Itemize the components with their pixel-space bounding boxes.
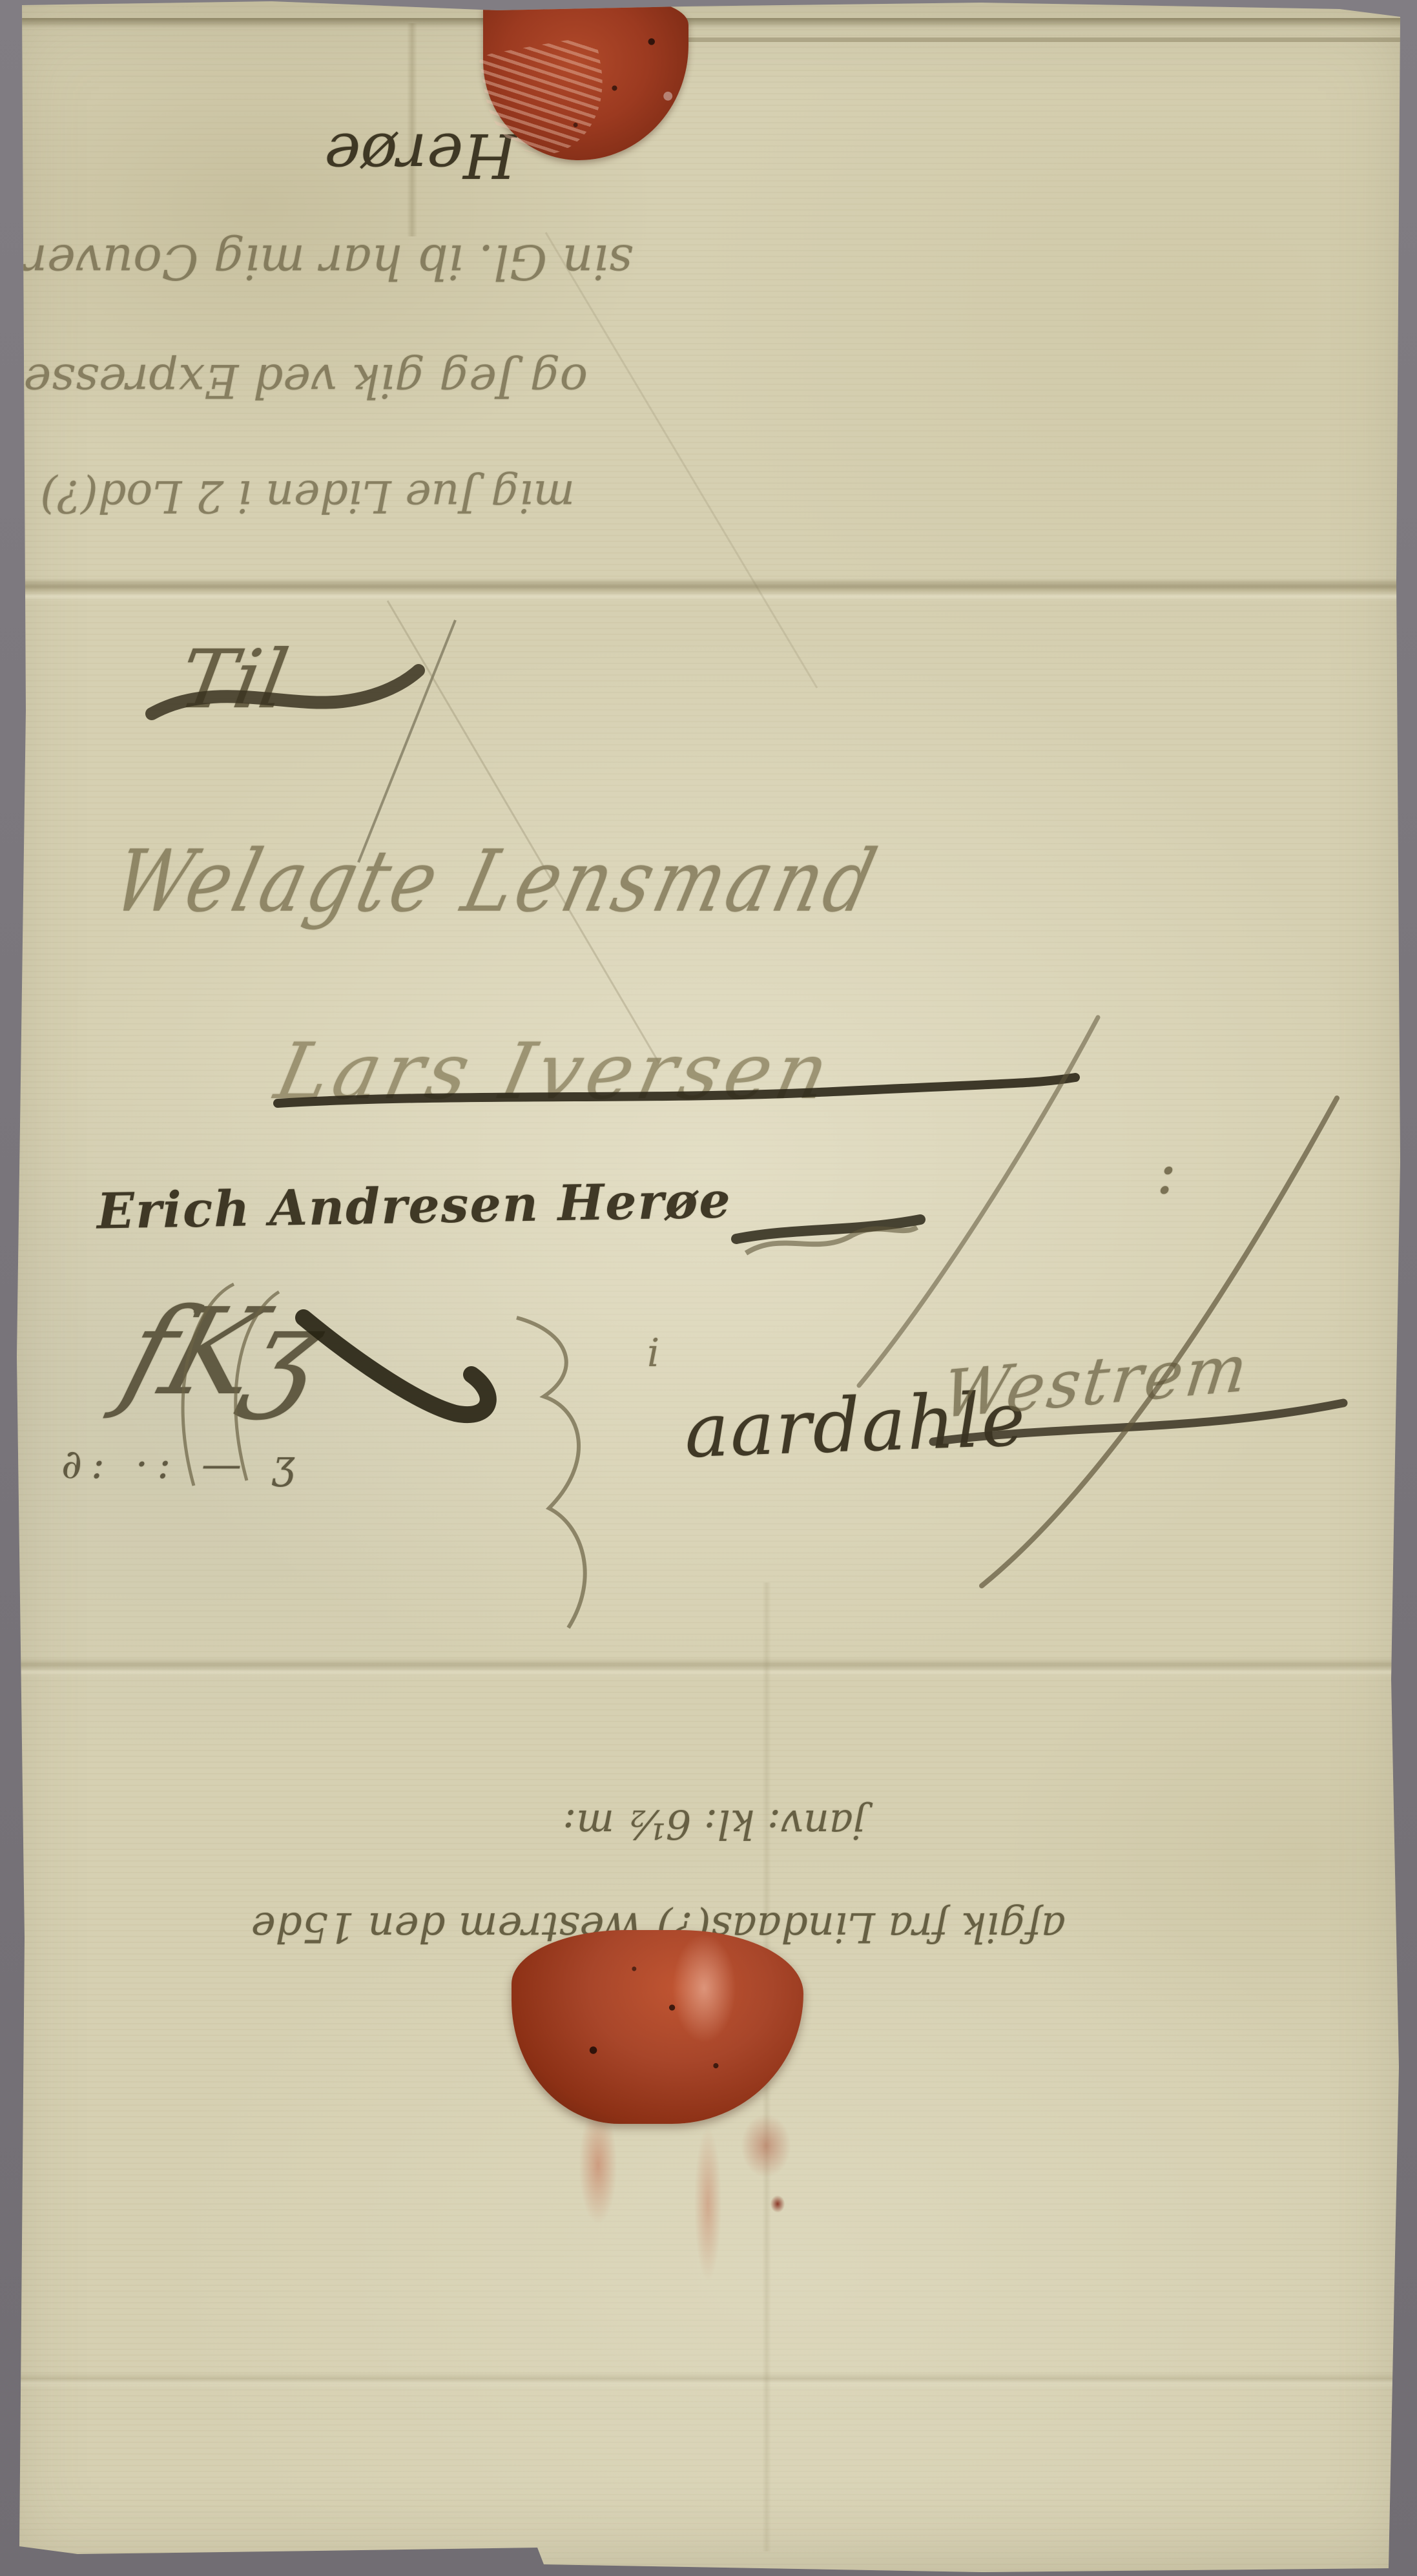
photo-background: Herøe sin Gl. ib har mig Couverned(?) og… xyxy=(0,0,1417,2576)
address-recipient-corrected: Erich Andresen Herøe xyxy=(96,1171,732,1240)
address-salutation: Til xyxy=(172,633,295,727)
address-recipient-struck: Lars Iversen xyxy=(268,1027,841,1117)
reversed-bottom-line-1: janv: kl: 6½ m: xyxy=(400,1801,865,1848)
til-ascender-hairline xyxy=(358,620,455,862)
address-place-preposition: i xyxy=(647,1331,659,1376)
crease-hairline-2 xyxy=(546,233,817,688)
paraph-bold-blade xyxy=(304,1318,488,1415)
top-fold-edge xyxy=(0,18,1417,28)
strikethrough-small-word xyxy=(736,1220,920,1239)
wax-seal-drip-stains xyxy=(553,2107,811,2353)
wax-seal-top xyxy=(483,0,688,160)
top-fold-edge-2 xyxy=(678,37,1417,42)
wax-seal-bottom xyxy=(512,1930,803,2124)
reversed-top-line-2: sin Gl. ib har mig Couverned(?) xyxy=(0,234,633,289)
fold-crease-lower xyxy=(0,2372,1417,2387)
reversed-top-line-4: mig Jue Liden i 2 Lod(?) xyxy=(136,470,575,521)
reversed-top-line-3: og Jeg gik ved Expresse at(?) xyxy=(84,354,588,408)
letter-paper: Herøe sin Gl. ib har mig Couverned(?) og… xyxy=(0,0,1417,2576)
fold-crease-upper xyxy=(0,578,1417,601)
fold-crease-middle xyxy=(0,1657,1417,1677)
address-place-struck: Westrem xyxy=(939,1329,1254,1433)
slash-mark-small xyxy=(859,1017,1098,1386)
struck-small-word-scribble xyxy=(746,1227,917,1253)
address-honorific: Welagte Lensmand xyxy=(104,832,889,931)
paraph-dots: ∂: ·: — ʒ xyxy=(61,1440,304,1488)
address-colon-mark: : xyxy=(1156,1137,1177,1208)
paraph-zigzag xyxy=(517,1318,585,1628)
reversed-top-line-1: Herøe xyxy=(258,119,517,191)
paraph-monogram: fKʒ xyxy=(109,1282,335,1422)
